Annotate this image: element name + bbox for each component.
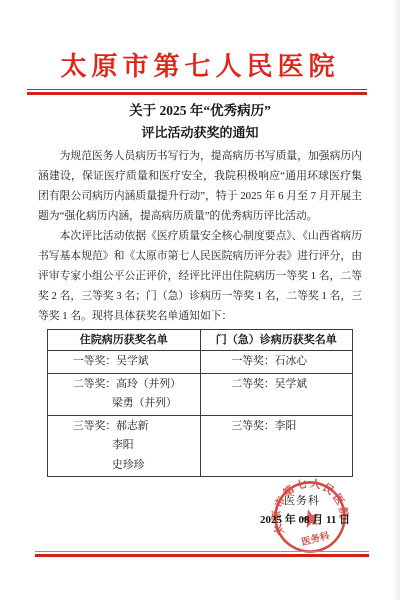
inpatient-header-cell: 住院病历获奖名单 [48,330,201,351]
award-entry: 梁勇（并列） [112,394,196,414]
inpatient-second-prize-cell: 二等奖：高玲（并列） 梁勇（并列） [48,373,201,415]
table-row: 一等奖：吴学斌 一等奖：石冰心 [48,351,353,374]
award-entry: 一等奖：吴学斌 [73,352,196,372]
table-row: 二等奖：高玲（并列） 梁勇（并列） 二等奖：吴学斌 [48,373,353,415]
award-entry: 二等奖：吴学斌 [232,375,349,395]
award-entry: 三等奖：郝志新 [73,417,196,437]
document-page: 太原市第七人民医院 关于 2025 年“优秀病历” 评比活动获奖的通知 为规范医… [0,0,400,600]
award-entry: 李阳 [112,436,196,456]
table-row: 三等奖：郝志新 李阳 史珍珍 三等奖：李阳 [48,415,353,477]
notice-body: 为规范医务人员病历书写行为，提高病历书写质量，加强病历内涵建设，保证医疗质量和医… [38,146,362,326]
inpatient-first-prize-cell: 一等奖：吴学斌 [48,351,201,374]
outpatient-header-cell: 门（急）诊病历获奖名单 [200,330,353,351]
outpatient-first-prize-cell: 一等奖：石冰心 [200,351,353,374]
outpatient-second-prize-cell: 二等奖：吴学斌 [200,373,353,415]
awards-table: 住院病历获奖名单 门（急）诊病历获奖名单 一等奖：吴学斌 一等奖：石冰心 二等奖… [47,329,353,477]
inpatient-third-prize-cell: 三等奖：郝志新 李阳 史珍珍 [48,415,201,477]
notice-title-line1: 关于 2025 年“优秀病历” [0,99,400,119]
notice-title-line2: 评比活动获奖的通知 [0,122,400,141]
star-icon [299,507,322,529]
award-entry: 三等奖：李阳 [232,417,349,437]
paragraph-2: 本次评比活动依据《医疗质量安全核心制度要点》、《山西省病历书写基本规范》和《太原… [38,226,362,326]
award-entry: 二等奖：高玲（并列） [73,375,196,395]
paragraph-1: 为规范医务人员病历书写行为，提高病历书写质量，加强病历内涵建设，保证医疗质量和医… [38,146,362,226]
award-entry: 一等奖：石冰心 [232,352,349,372]
footer-divider-line [35,551,369,557]
award-entry: 史珍珍 [112,456,196,476]
hospital-name-heading: 太原市第七人民医院 [0,46,400,83]
table-header-row: 住院病历获奖名单 门（急）诊病历获奖名单 [48,330,353,351]
outpatient-third-prize-cell: 三等奖：李阳 [200,415,353,477]
header-divider-line [27,89,367,95]
seal-bottom-text: 医务科 [300,529,331,548]
